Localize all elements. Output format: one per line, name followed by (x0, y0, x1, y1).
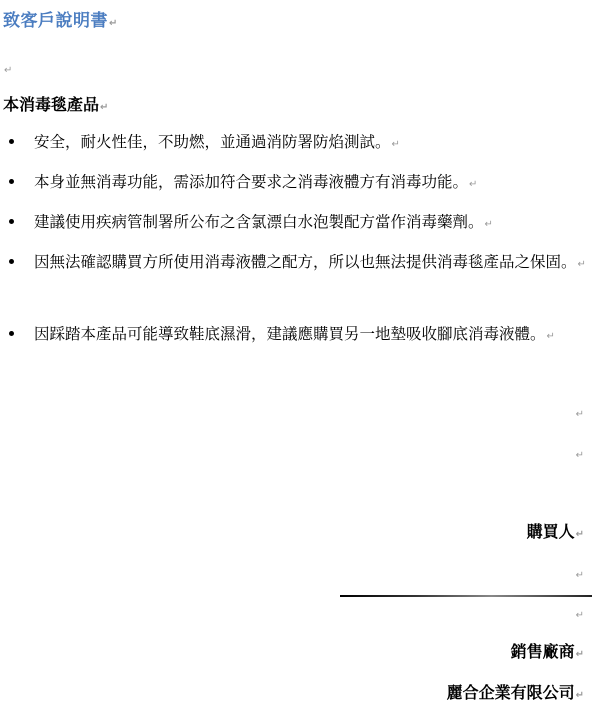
paragraph-mark-icon: ↵ (4, 65, 12, 76)
company-name: 麗合企業有限公司↵ (447, 680, 584, 703)
section-heading: 本消毒毯產品↵ (3, 92, 108, 115)
document-title-text: 致客戶說明書 (3, 11, 108, 31)
paragraph-mark-icon: ↵ (576, 409, 584, 420)
list-item-text: 安全，耐火性佳，不助燃，並通過消防署防焰測試。 (34, 133, 391, 151)
signature-line (340, 595, 592, 597)
paragraph-mark-icon: ↵ (576, 690, 584, 701)
buyer-label-text: 購買人 (527, 522, 575, 541)
bullet-icon (9, 179, 14, 184)
list-item-text: 建議使用疾病管制署所公布之含氯漂白水泡製配方當作消毒藥劑。 (34, 213, 484, 231)
empty-paragraph: ↵ (575, 443, 584, 462)
empty-paragraph: ↵ (575, 603, 584, 622)
list-item-text: 因無法確認購買方所使用消毒液體之配方，所以也無法提供消毒毯產品之保固。 (34, 253, 577, 271)
paragraph-mark-icon: ↵ (576, 570, 584, 581)
company-name-text: 麗合企業有限公司 (447, 683, 575, 702)
bullet-icon (9, 259, 14, 264)
vendor-label-text: 銷售廠商 (511, 642, 575, 661)
empty-paragraph: ↵ (575, 563, 584, 582)
paragraph-mark-icon: ↵ (392, 139, 400, 150)
paragraph-mark-icon: ↵ (100, 102, 108, 113)
list-item-text: 因踩踏本產品可能導致鞋底濕滑，建議應購買另一地墊吸收腳底消毒液體。 (34, 325, 546, 343)
paragraph-mark-icon: ↵ (576, 610, 584, 621)
document-title: 致客戶說明書↵ (3, 6, 118, 31)
list-item-text: 本身並無消毒功能，需添加符合要求之消毒液體方有消毒功能。 (34, 173, 468, 191)
bullet-icon (9, 219, 14, 224)
bullet-icon (9, 139, 14, 144)
section-heading-text: 本消毒毯產品 (3, 95, 99, 114)
paragraph-mark-icon: ↵ (576, 450, 584, 461)
paragraph-mark-icon: ↵ (578, 259, 586, 270)
empty-paragraph: ↵ (575, 402, 584, 421)
paragraph-mark-icon: ↵ (469, 179, 477, 190)
paragraph-mark-icon: ↵ (485, 219, 493, 230)
empty-paragraph: ↵ (3, 58, 12, 77)
vendor-label: 銷售廠商↵ (511, 639, 584, 662)
paragraph-mark-icon: ↵ (576, 649, 584, 660)
paragraph-mark-icon: ↵ (547, 331, 555, 342)
paragraph-mark-icon: ↵ (576, 529, 584, 540)
bullet-icon (9, 331, 14, 336)
buyer-label: 購買人↵ (527, 519, 584, 542)
paragraph-mark-icon: ↵ (109, 18, 118, 29)
